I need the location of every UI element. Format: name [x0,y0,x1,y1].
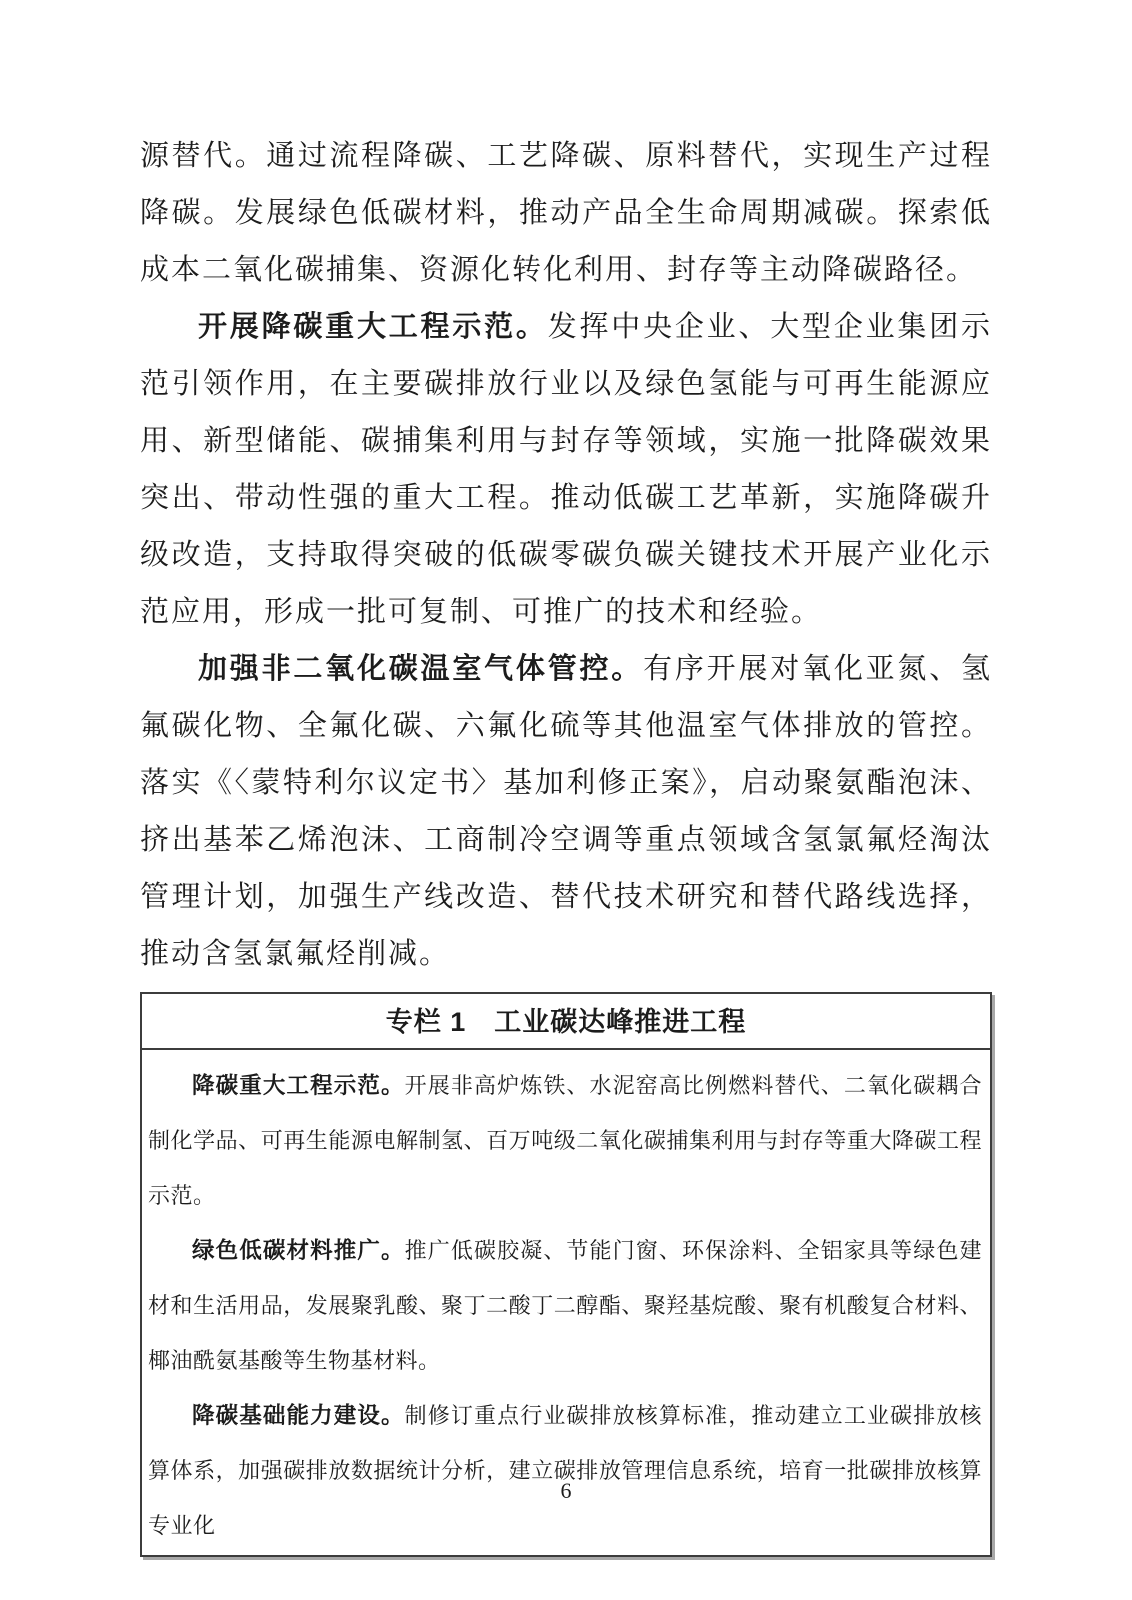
box-title: 专栏 1 工业碳达峰推进工程 [142,994,990,1050]
page-number: 6 [0,1478,1132,1504]
paragraph: 加强非二氧化碳温室气体管控。有序开展对氧化亚氮、氢氟碳化物、全氟化碳、六氟化硫等… [140,641,992,983]
paragraph: 源替代。通过流程降碳、工艺降碳、原料替代，实现生产过程降碳。发展绿色低碳材料，推… [140,128,992,299]
box-paragraph-lead: 降碳重大工程示范。 [192,1073,405,1098]
box-paragraph: 绿色低碳材料推广。推广低碳胶凝、节能门窗、环保涂料、全铝家具等绿色建材和生活用品… [148,1223,982,1388]
special-column-box: 专栏 1 工业碳达峰推进工程 降碳重大工程示范。开展非高炉炼铁、水泥窑高比例燃料… [140,992,992,1557]
box-paragraph-lead: 绿色低碳材料推广。 [192,1238,405,1263]
paragraph: 开展降碳重大工程示范。发挥中央企业、大型企业集团示范引领作用，在主要碳排放行业以… [140,299,992,641]
box-paragraph: 降碳基础能力建设。制修订重点行业碳排放核算标准，推动建立工业碳排放核算体系，加强… [148,1388,982,1553]
paragraph-lead: 开展降碳重大工程示范。 [198,311,548,343]
paragraph-text: 有序开展对氧化亚氮、氢氟碳化物、全氟化碳、六氟化硫等其他温室气体排放的管控。落实… [140,653,992,970]
document-page: 源替代。通过流程降碳、工艺降碳、原料替代，实现生产过程降碳。发展绿色低碳材料，推… [0,0,1132,1600]
box-paragraph: 降碳重大工程示范。开展非高炉炼铁、水泥窑高比例燃料替代、二氧化碳耦合制化学品、可… [148,1058,982,1223]
paragraph-text: 发挥中央企业、大型企业集团示范引领作用，在主要碳排放行业以及绿色氢能与可再生能源… [140,311,992,628]
paragraph-text: 源替代。通过流程降碳、工艺降碳、原料替代，实现生产过程降碳。发展绿色低碳材料，推… [140,140,992,286]
paragraph-lead: 加强非二氧化碳温室气体管控。 [198,653,643,685]
box-paragraph-lead: 降碳基础能力建设。 [192,1403,405,1428]
page-content: 源替代。通过流程降碳、工艺降碳、原料替代，实现生产过程降碳。发展绿色低碳材料，推… [140,128,992,1557]
